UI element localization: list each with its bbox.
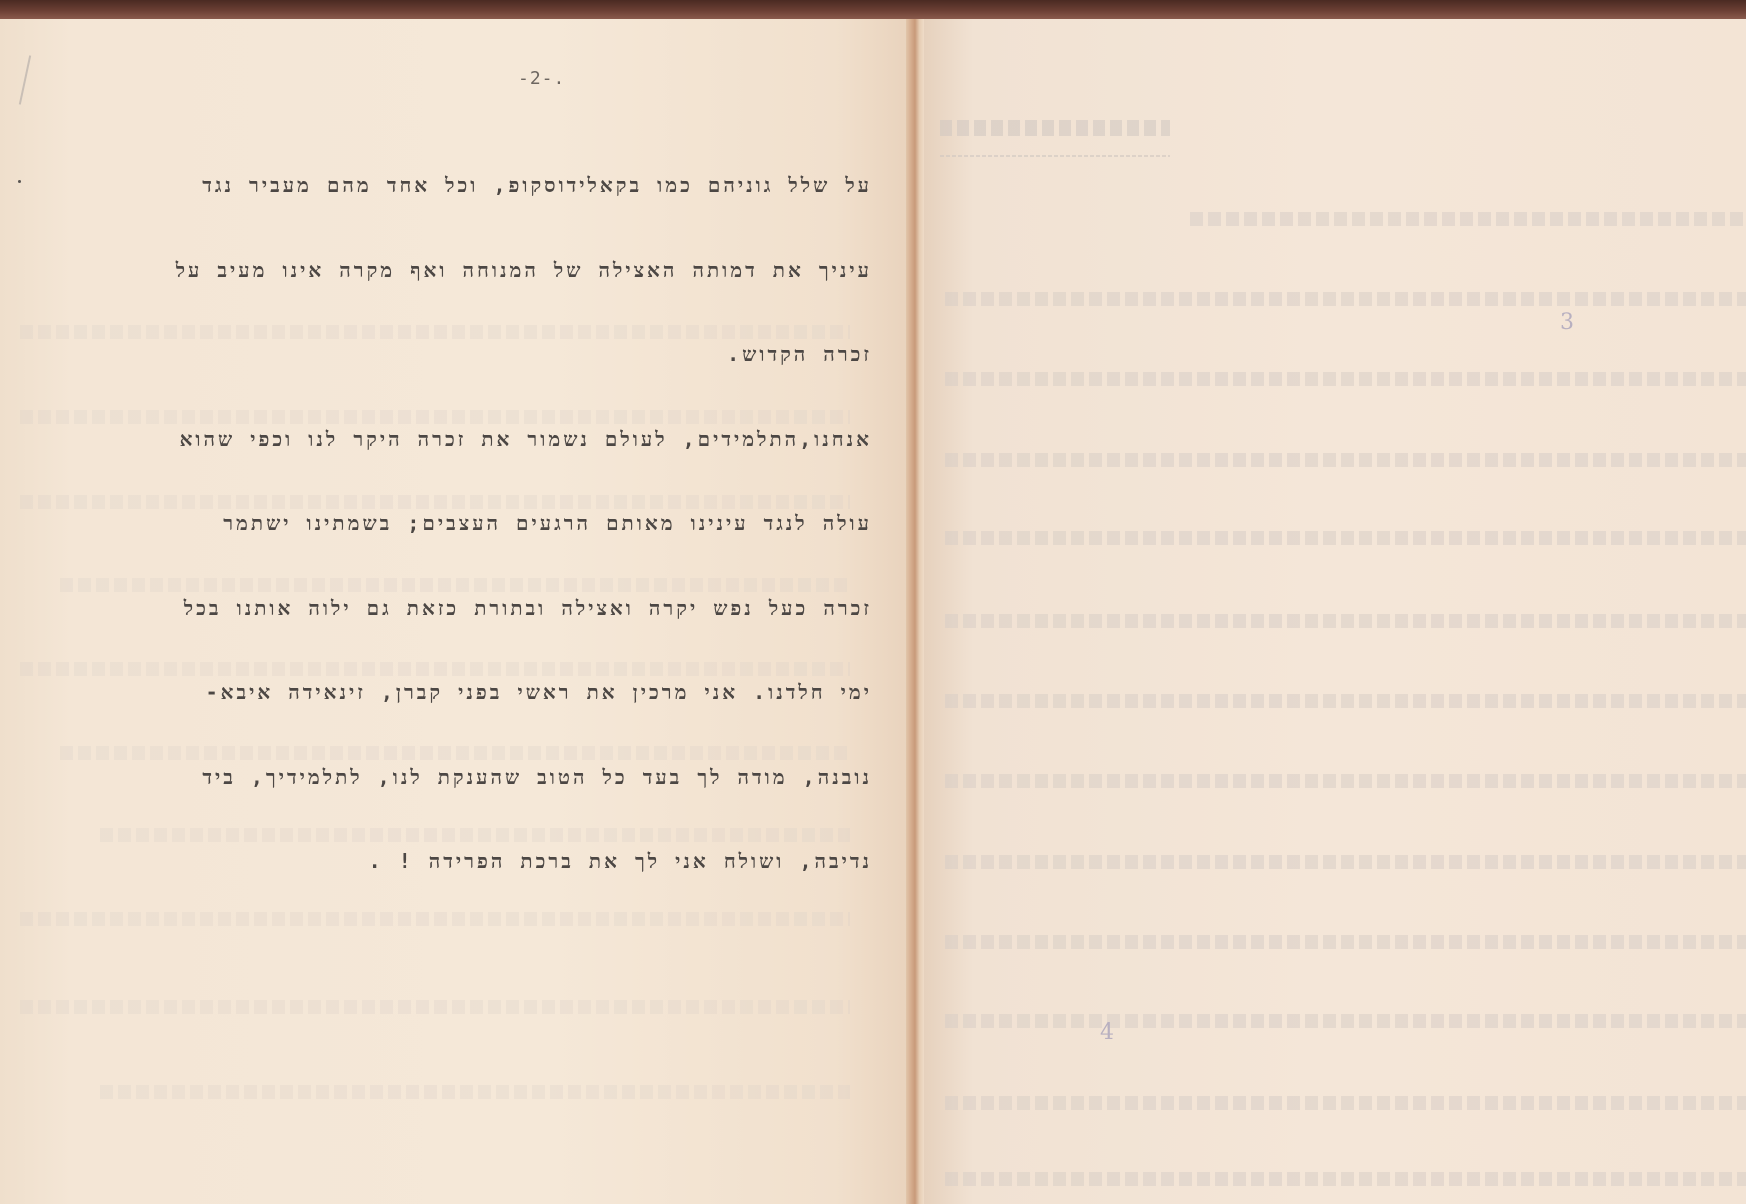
text-line: נדיבה, ושולח אני לך את ברכת הפרידה ! . — [40, 839, 872, 924]
bleed-through-line — [1190, 212, 1746, 226]
bleed-through-line — [20, 1000, 850, 1014]
bleed-through-line — [945, 935, 1746, 949]
text-line: זכרה כעל נפש יקרה ואצילה ובתורת כזאת גם … — [40, 586, 872, 671]
bleed-through-line — [945, 855, 1746, 869]
bleed-through-line — [945, 614, 1746, 628]
bleed-through-line — [100, 828, 850, 842]
book-spine — [906, 19, 924, 1204]
typewritten-text-block: על שלל גוניהם כמו בקאלידוסקופ, וכל אחד מ… — [40, 163, 872, 924]
text-line: על שלל גוניהם כמו בקאלידוסקופ, וכל אחד מ… — [40, 163, 872, 248]
bleed-through-line — [20, 410, 850, 424]
bleed-through-line — [945, 1172, 1746, 1186]
bleed-through-line — [945, 774, 1746, 788]
bleed-through-line — [60, 578, 850, 592]
bleed-through-line — [60, 746, 850, 760]
bleed-through-line — [20, 495, 850, 509]
bleed-through-heading — [940, 120, 1170, 136]
text-line: זכרה הקדוש. — [40, 332, 872, 417]
page-number: -2-. — [518, 68, 565, 89]
bleed-through-line — [20, 662, 850, 676]
bleed-through-line — [945, 453, 1746, 467]
handwritten-mark: 3 — [1560, 310, 1574, 335]
book-cover-edge — [0, 0, 1746, 19]
bleed-through-line — [945, 694, 1746, 708]
text-line: עיניך את דמותה האצילה של המנוחה ואף מקרה… — [40, 248, 872, 333]
text-line: אנחנו,התלמידים, לעולם נשמור את זכרה היקר… — [40, 417, 872, 502]
text-line: נובנה, מודה לך בעד כל הטוב שהענקת לנו, ל… — [40, 755, 872, 840]
bleed-through-line — [945, 292, 1746, 306]
bleed-through-line — [20, 325, 850, 339]
bleed-through-line — [945, 1096, 1746, 1110]
bleed-through-line — [945, 531, 1746, 545]
bleed-through-line — [945, 372, 1746, 386]
bleed-through-line — [100, 1085, 850, 1099]
text-line: עולה לנגד עינינו מאותם הרגעים העצבים; בש… — [40, 501, 872, 586]
bleed-through-underline — [940, 155, 1170, 157]
margin-dot — [18, 180, 21, 183]
bleed-through-line — [20, 912, 850, 926]
text-line: ימי חלדנו. אני מרכין את ראשי בפני קברן, … — [40, 670, 872, 755]
bleed-through-line — [945, 1014, 1746, 1028]
handwritten-mark: 4 — [1100, 1020, 1114, 1045]
